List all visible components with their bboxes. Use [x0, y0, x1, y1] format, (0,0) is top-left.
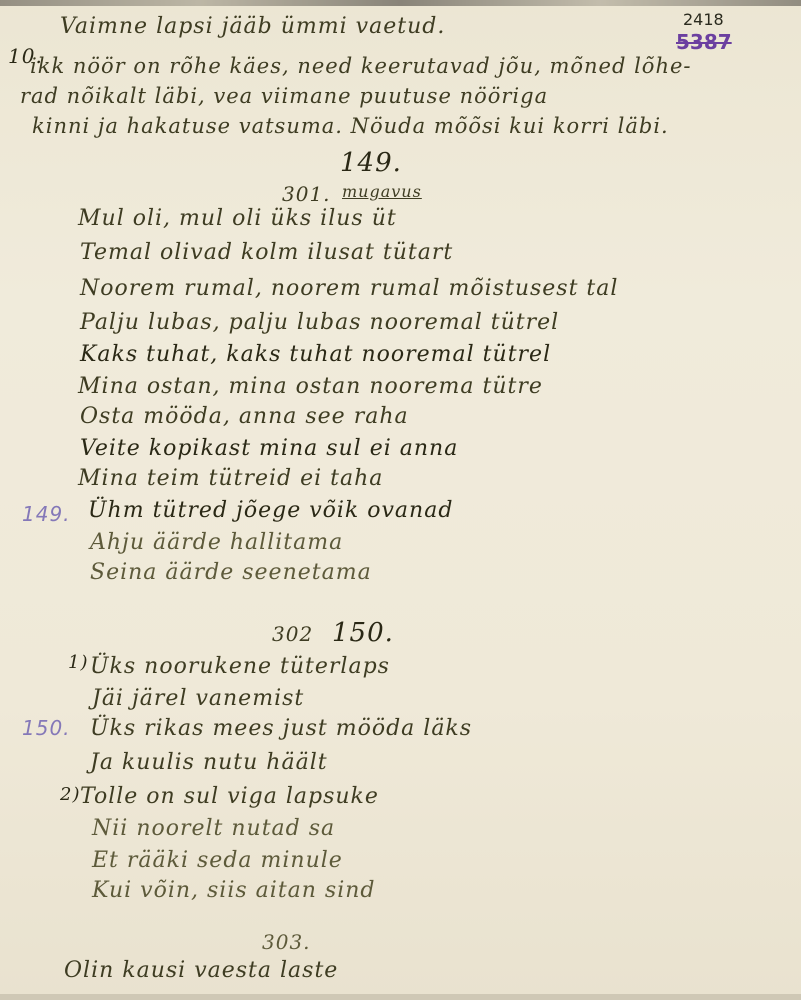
song-301-note: mugavus	[342, 182, 422, 201]
song-302-line: Ja kuulis nutu häält	[90, 750, 328, 775]
stanza-1-marker: 1)	[68, 652, 88, 673]
archive-stamp-struck: 5387	[676, 30, 732, 54]
song-302-line: Tolle on sul viga lapsuke	[80, 784, 379, 809]
song-303-line: Olin kausi vaesta laste	[64, 958, 338, 983]
song-301-line: Veite kopikast mina sul ei anna	[80, 436, 458, 461]
song-301-line: Ahju äärde hallitama	[90, 530, 343, 555]
song-302-line: Üks noorukene tüterlaps	[90, 654, 390, 679]
song-301-number: 301.	[282, 182, 331, 206]
song-303-number: 303.	[262, 930, 311, 954]
manuscript-page: 2418 5387 Vaimne lapsi jääb ümmi vaetud.…	[0, 0, 801, 1000]
page-number-150: 150.	[332, 618, 394, 648]
song-301-line: Mina ostan, mina ostan noorema tütre	[78, 374, 543, 399]
song-302-number: 302	[272, 622, 313, 646]
archive-number: 2418	[683, 10, 724, 29]
song-302-line: Jäi järel vanemist	[92, 686, 304, 711]
song-301-line: Mul oli, mul oli üks ilus üt	[78, 206, 397, 231]
song-302-line: Nii noorelt nutad sa	[92, 816, 335, 841]
page-number-149: 149.	[340, 148, 402, 178]
song-301-line: Seina äärde seenetama	[90, 560, 372, 585]
page-bottom-edge	[0, 994, 801, 1000]
song-301-line: Temal olivad kolm ilusat tütart	[80, 240, 453, 265]
song-302-line: Et rääki seda minule	[92, 848, 343, 873]
song-301-line: Mina teim tütreid ei taha	[78, 466, 383, 491]
song-301-margin-number: 149.	[22, 502, 71, 526]
song-301-line: Ühm tütred jõege võik ovanad	[88, 498, 453, 523]
intro-line-4: kinni ja hakatuse vatsuma. Nöuda mõõsi k…	[32, 114, 669, 138]
song-302-line: Kui võin, siis aitan sind	[92, 878, 376, 903]
intro-line-2: ikk nöör on rõhe käes, need keerutavad j…	[30, 54, 692, 78]
intro-line-3: rad nõikalt läbi, vea viimane puutuse nö…	[20, 84, 548, 108]
intro-line-1: Vaimne lapsi jääb ümmi vaetud.	[60, 14, 445, 39]
page-top-edge	[0, 0, 801, 6]
stanza-2-marker: 2)	[60, 784, 80, 805]
song-301-line: Noorem rumal, noorem rumal mõistusest ta…	[80, 276, 618, 301]
song-301-line: Kaks tuhat, kaks tuhat nooremal tütrel	[80, 342, 551, 367]
song-301-line: Osta mööda, anna see raha	[80, 404, 409, 429]
song-301-line: Palju lubas, palju lubas nooremal tütrel	[80, 310, 559, 335]
song-302-line: Üks rikas mees just mööda läks	[90, 716, 472, 741]
song-302-margin-number: 150.	[22, 716, 71, 740]
